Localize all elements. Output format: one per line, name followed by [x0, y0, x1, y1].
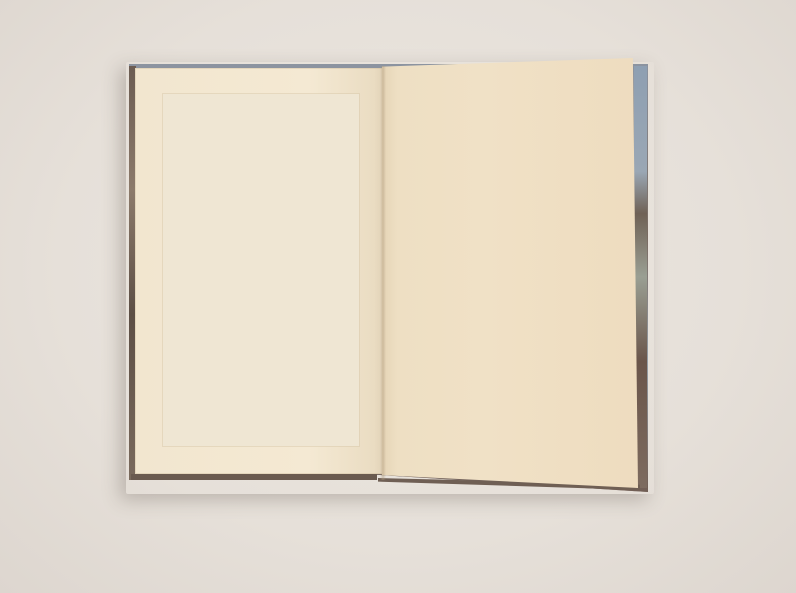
left-page [135, 68, 384, 474]
photo-scene [0, 0, 796, 593]
left-page-inner-panel [163, 94, 359, 446]
cover-edge-bottom-left [131, 474, 377, 480]
book-gutter [380, 66, 386, 480]
right-page [382, 58, 638, 488]
